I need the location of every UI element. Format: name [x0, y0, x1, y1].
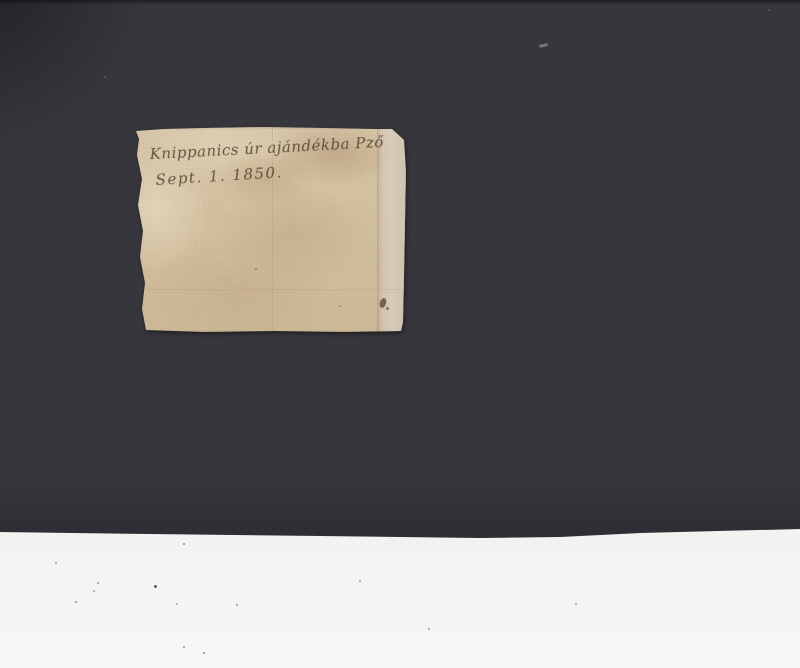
dust-speck — [183, 646, 185, 648]
dust-speck — [183, 543, 185, 545]
white-sheet-edge — [0, 526, 800, 668]
ink-speck — [255, 268, 257, 270]
dust-speck — [55, 562, 57, 564]
dust-speck — [428, 628, 430, 630]
dust-speck — [97, 582, 99, 584]
ink-speck — [386, 307, 389, 310]
dust-speck — [176, 603, 178, 605]
dust-speck — [93, 590, 95, 592]
dust-speck — [104, 76, 106, 78]
dust-speck — [236, 604, 238, 606]
paper-fragment-wrapper: Knippanics úr ajándékba Pző Sept. 1. 185… — [134, 127, 408, 334]
dust-speck — [75, 601, 77, 603]
handwriting-inscription: Knippanics úr ajándékba Pző Sept. 1. 185… — [149, 135, 385, 186]
dust-speck — [203, 652, 205, 654]
paper-fragment: Knippanics úr ajándékba Pző Sept. 1. 185… — [134, 127, 408, 334]
paper-crease — [142, 289, 400, 290]
handwriting-line-2: Sept. 1. 1850. — [155, 157, 385, 189]
dust-speck — [359, 580, 361, 582]
ink-speck — [339, 305, 341, 307]
dust-speck — [575, 603, 577, 605]
scanned-page: Knippanics úr ajándékba Pző Sept. 1. 185… — [0, 0, 800, 668]
scratch-speck — [539, 43, 548, 48]
dust-speck — [768, 9, 770, 11]
dust-speck — [154, 585, 157, 588]
